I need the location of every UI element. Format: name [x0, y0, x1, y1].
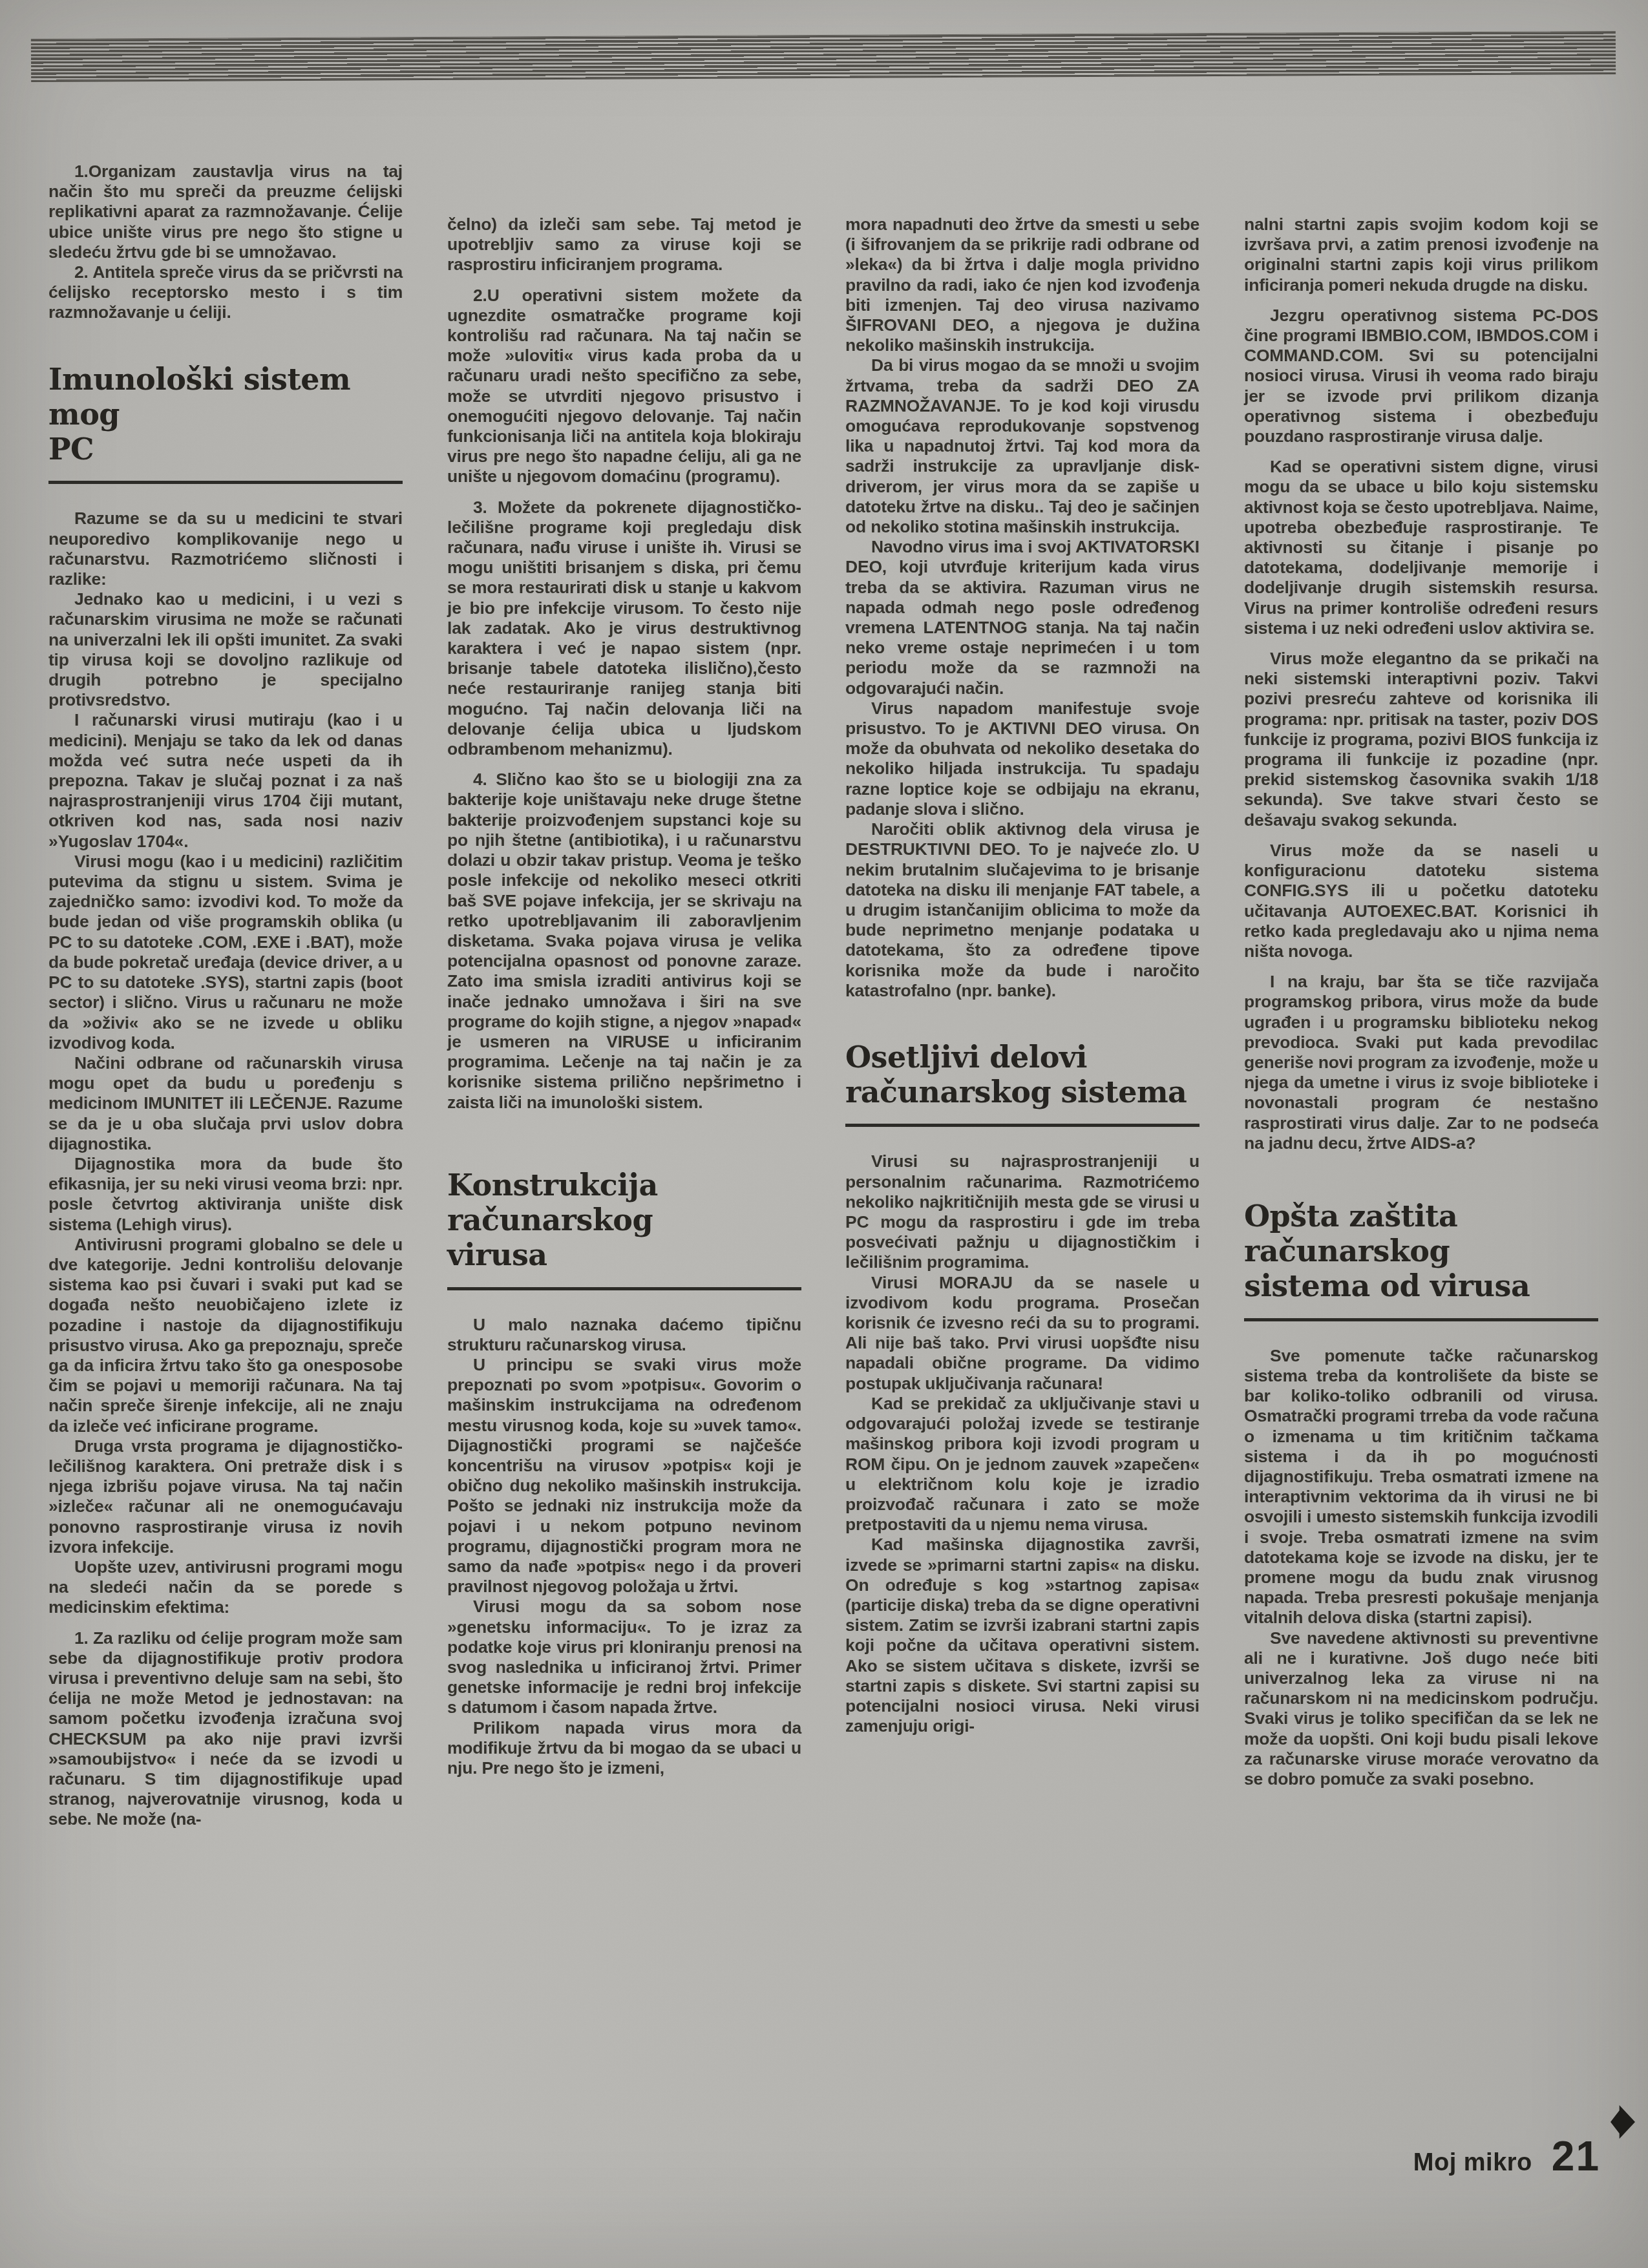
paragraph: Kad se operativni sistem digne, virusi m…	[1244, 457, 1598, 638]
heading-line: sistema od virusa	[1244, 1268, 1598, 1303]
paragraph: I na kraju, bar šta se tiče razvijača pr…	[1244, 972, 1598, 1153]
paragraph: mora napadnuti deo žrtve da smesti u seb…	[845, 215, 1199, 355]
paragraph: Razume se da su u medicini te stvari neu…	[48, 509, 403, 589]
footer-magazine-name: Moj mikro	[1413, 2149, 1532, 2177]
heading-rule	[447, 1287, 801, 1290]
paragraph: Uopšte uzev, antivirusni programi mogu n…	[48, 1557, 403, 1618]
paragraph: Navodno virus ima i svoj AKTIVATORSKI DE…	[845, 537, 1199, 698]
column-4: nalni startni zapis svojim kodom koji se…	[1244, 215, 1598, 1789]
paragraph: Virus napadom manifestuje svoje prisustv…	[845, 698, 1199, 819]
heading-rule	[1244, 1318, 1598, 1321]
paragraph: čelno) da izleči sam sebe. Taj metod je …	[447, 215, 801, 275]
paragraph: Naročiti oblik aktivnog dela virusa je D…	[845, 819, 1199, 1001]
paragraph: Jezgru operativnog sistema PC-DOS čine p…	[1244, 306, 1598, 446]
column-3: mora napadnuti deo žrtve da smesti u seb…	[845, 215, 1199, 1736]
paragraph: Dijagnostika mora da bude što efikasnija…	[48, 1154, 403, 1235]
paragraph: 4. Slično kao što se u biologiji zna za …	[447, 770, 801, 1112]
section-heading-opsta-zastita: Opšta zaštita računarskog sistema od vir…	[1244, 1199, 1598, 1304]
section-heading-konstrukcija-virusa: Konstrukcija računarskog virusa	[447, 1168, 801, 1273]
heading-rule	[845, 1124, 1199, 1127]
paragraph: Virus može elegantno da se prikači na ne…	[1244, 649, 1598, 830]
paragraph: Jednako kao u medicini, i u vezi s račun…	[48, 589, 403, 710]
heading-line: PC	[48, 432, 403, 467]
paragraph: Kad mašinska dijagnostika završi, izvede…	[845, 1535, 1199, 1736]
footer-page-number: 21	[1552, 2132, 1600, 2180]
paragraph: 1.Organizam zaustavlja virus na taj nači…	[48, 162, 403, 262]
heading-line: Imunološki sistem mog	[48, 362, 403, 432]
paragraph: U malo naznaka daćemo tipičnu strukturu …	[447, 1315, 801, 1355]
column-2: čelno) da izleči sam sebe. Taj metod je …	[447, 215, 801, 1778]
paragraph: 2. Antitela spreče virus da se pričvrsti…	[48, 262, 403, 323]
paragraph: Načini odbrane od računarskih virusa mog…	[48, 1053, 403, 1154]
header-stripe-bar	[31, 31, 1616, 82]
paragraph: U principu se svaki virus može prepoznat…	[447, 1355, 801, 1597]
paragraph: Virusi mogu (kao i u medicini) različiti…	[48, 852, 403, 1053]
continuation-arrow-icon	[1611, 2105, 1635, 2139]
paragraph: nalni startni zapis svojim kodom koji se…	[1244, 215, 1598, 295]
paragraph: 3. Možete da pokrenete dijagnostičko-leč…	[447, 498, 801, 760]
heading-line: računarskog sistema	[845, 1075, 1199, 1109]
page-footer: Moj mikro 21	[1413, 2132, 1600, 2180]
column-1: 1.Organizam zaustavlja virus na taj nači…	[48, 162, 403, 1830]
section-heading-osetljivi-delovi: Osetljivi delovi računarskog sistema	[845, 1040, 1199, 1110]
heading-line: Konstrukcija računarskog	[447, 1168, 801, 1238]
paragraph: Virus može da se naseli u konfiguracionu…	[1244, 841, 1598, 961]
paragraph: Druga vrsta programa je dijagnostičko-le…	[48, 1436, 403, 1557]
paragraph: Kad se prekidač za uključivanje stavi u …	[845, 1394, 1199, 1535]
paragraph: Virusi su najrasprostranjeniji u persona…	[845, 1151, 1199, 1272]
paragraph: 1. Za razliku od ćelije program može sam…	[48, 1628, 403, 1830]
magazine-page: 1.Organizam zaustavlja virus na taj nači…	[0, 0, 1648, 2268]
section-heading-imunoloski-sistem: Imunološki sistem mog PC	[48, 362, 403, 467]
paragraph: Virusi MORAJU da se nasele u izvodivom k…	[845, 1273, 1199, 1394]
paragraph: Antivirusni programi globalno se dele u …	[48, 1235, 403, 1436]
heading-line: virusa	[447, 1237, 801, 1272]
paragraph: Sve navedene aktivnosti su preventivne a…	[1244, 1628, 1598, 1790]
paragraph: Virusi mogu da sa sobom nose »genetsku i…	[447, 1597, 801, 1717]
heading-rule	[48, 481, 403, 484]
heading-line: Opšta zaštita računarskog	[1244, 1199, 1598, 1269]
paragraph: Da bi virus mogao da se množi u svojim ž…	[845, 355, 1199, 537]
paragraph: Prilikom napada virus mora da modifikuje…	[447, 1718, 801, 1779]
paragraph: Sve pomenute tačke računarskog sistema t…	[1244, 1346, 1598, 1628]
paragraph: 2.U operativni sistem možete da ugnezdit…	[447, 286, 801, 487]
heading-line: Osetljivi delovi	[845, 1040, 1199, 1075]
paragraph: I računarski virusi mutiraju (kao i u me…	[48, 710, 403, 851]
